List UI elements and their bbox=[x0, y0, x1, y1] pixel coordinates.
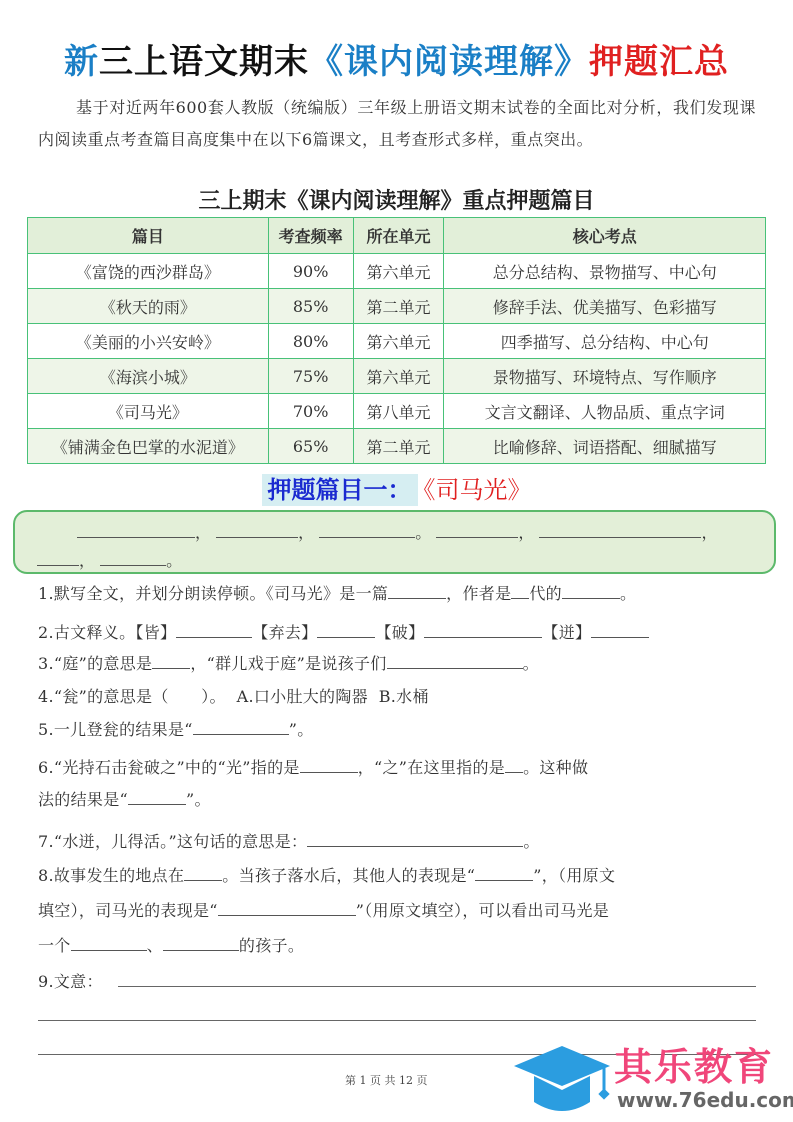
q8-text: 8.故事发生的地点在 bbox=[38, 866, 184, 885]
title-part-topic: 《课内阅读理解》 bbox=[309, 42, 589, 82]
cell-lesson: 《司马光》 bbox=[28, 394, 269, 429]
cell-frequency: 80% bbox=[268, 324, 353, 359]
recite-blank[interactable] bbox=[100, 551, 166, 566]
answer-blank[interactable] bbox=[562, 584, 620, 599]
cell-frequency: 75% bbox=[268, 359, 353, 394]
q4-option-b[interactable]: B.水桶 bbox=[379, 687, 429, 706]
q6-text: ，“之”在这里指的是 bbox=[358, 758, 505, 777]
cell-unit: 第二单元 bbox=[353, 429, 444, 464]
answer-blank[interactable] bbox=[176, 623, 252, 638]
punct: 。 bbox=[166, 551, 182, 570]
section-lesson-title: 《司马光》 bbox=[418, 476, 532, 504]
table-header-row: 篇目 考查频率 所在单元 核心考点 bbox=[28, 218, 766, 254]
recitation-line-1: ， ， 。 ， ， bbox=[77, 520, 717, 543]
cell-key-points: 总分总结构、景物描写、中心句 bbox=[444, 254, 766, 289]
graduation-cap-icon bbox=[512, 1040, 612, 1118]
q6-text: 6.“光持石击瓮破之”中的“光”指的是 bbox=[38, 758, 300, 777]
question-5: 5.一儿登瓮的结果是“”。 bbox=[38, 714, 756, 746]
cell-unit: 第二单元 bbox=[353, 289, 444, 324]
q8-text: ”（用原文填空），可以看出司马光是 bbox=[356, 901, 609, 920]
q3-text: 。 bbox=[523, 654, 539, 673]
cell-unit: 第八单元 bbox=[353, 394, 444, 429]
q6-text: ”。 bbox=[186, 790, 211, 809]
answer-blank[interactable] bbox=[300, 758, 358, 773]
question-2: 2.古文释义。【皆】【弃去】【破】【迸】 bbox=[38, 617, 756, 649]
q8-text: 、 bbox=[147, 936, 163, 955]
section-label: 押题篇目一： bbox=[262, 474, 418, 506]
q9-text: 9.文意： bbox=[38, 972, 103, 991]
q7-text: 7.“水迸，儿得活。”这句话的意思是： bbox=[38, 832, 307, 851]
cell-key-points: 比喻修辞、词语搭配、细腻描写 bbox=[444, 429, 766, 464]
q2-keyword: 【弃去】 bbox=[252, 623, 317, 642]
answer-blank[interactable] bbox=[388, 584, 446, 599]
q2-keyword: 【破】 bbox=[375, 623, 424, 642]
answer-blank[interactable] bbox=[184, 866, 222, 881]
q3-text: ，“群儿戏于庭”是说孩子们 bbox=[190, 654, 386, 673]
recite-blank[interactable] bbox=[77, 523, 195, 538]
answer-blank[interactable] bbox=[71, 936, 147, 951]
punct: 。 bbox=[415, 523, 431, 542]
watermark-logo: 其乐教育 www.76edu.com bbox=[512, 1040, 782, 1118]
title-part-grade: 三上语文期末 bbox=[99, 42, 309, 82]
cell-key-points: 景物描写、环境特点、写作顺序 bbox=[444, 359, 766, 394]
q8-text: ”，（用原文 bbox=[533, 866, 615, 885]
answer-line[interactable] bbox=[38, 1020, 756, 1021]
punct: ， bbox=[195, 523, 211, 542]
cell-lesson: 《富饶的西沙群岛》 bbox=[28, 254, 269, 289]
punct: ， bbox=[298, 523, 314, 542]
cell-lesson: 《铺满金色巴掌的水泥道》 bbox=[28, 429, 269, 464]
q2-text: 2.古文释义。 bbox=[38, 623, 135, 642]
q8-text: 一个 bbox=[38, 936, 71, 955]
page-title: 新三上语文期末《课内阅读理解》押题汇总 bbox=[0, 40, 793, 84]
recite-blank[interactable] bbox=[319, 523, 415, 538]
watermark-brand: 其乐教育 bbox=[614, 1036, 774, 1091]
cell-lesson: 《秋天的雨》 bbox=[28, 289, 269, 324]
question-1: 1.默写全文，并划分朗读停顿。《司马光》是一篇，作者是代的。 bbox=[38, 578, 756, 610]
cell-frequency: 70% bbox=[268, 394, 353, 429]
answer-blank[interactable] bbox=[317, 623, 375, 638]
q4-option-a[interactable]: A.口小肚大的陶器 bbox=[237, 687, 368, 706]
table-row: 《秋天的雨》 85% 第二单元 修辞手法、优美描写、色彩描写 bbox=[28, 289, 766, 324]
q3-text: 3.“庭”的意思是 bbox=[38, 654, 152, 673]
recite-blank[interactable] bbox=[216, 523, 298, 538]
answer-blank[interactable] bbox=[387, 654, 523, 669]
answer-blank[interactable] bbox=[163, 936, 239, 951]
answer-blank[interactable] bbox=[424, 623, 542, 638]
q8-text: 。当孩子落水后，其他人的表现是“ bbox=[222, 866, 475, 885]
table-row: 《富饶的西沙群岛》 90% 第六单元 总分总结构、景物描写、中心句 bbox=[28, 254, 766, 289]
header-unit: 所在单元 bbox=[353, 218, 444, 254]
q2-keyword: 【皆】 bbox=[135, 623, 176, 642]
answer-blank[interactable] bbox=[193, 720, 289, 735]
q1-text: 代的 bbox=[529, 584, 562, 603]
punct: ， bbox=[79, 551, 95, 570]
recite-blank[interactable] bbox=[436, 523, 518, 538]
q8-text: 填空），司马光的表现是“ bbox=[38, 901, 218, 920]
question-6: 6.“光持石击瓮破之”中的“光”指的是，“之”在这里指的是。这种做 法的结果是“… bbox=[38, 752, 756, 816]
recitation-line-2: ， 。 bbox=[37, 548, 182, 571]
q5-text: ”。 bbox=[289, 720, 314, 739]
cell-key-points: 文言文翻译、人物品质、重点字词 bbox=[444, 394, 766, 429]
header-lesson: 篇目 bbox=[28, 218, 269, 254]
answer-blank[interactable] bbox=[218, 901, 356, 916]
title-part-summary: 押题汇总 bbox=[589, 42, 729, 82]
q6-text: 法的结果是“ bbox=[38, 790, 128, 809]
question-4: 4.“瓮”的意思是（ ）。 A.口小肚大的陶器 B.水桶 bbox=[38, 681, 756, 713]
watermark-url: www.76edu.com bbox=[617, 1088, 793, 1112]
header-frequency: 考查频率 bbox=[268, 218, 353, 254]
question-7: 7.“水迸，儿得活。”这句话的意思是：。 bbox=[38, 826, 756, 858]
punct: ， bbox=[701, 523, 717, 542]
cell-key-points: 四季描写、总分结构、中心句 bbox=[444, 324, 766, 359]
q1-text: 1.默写全文，并划分朗读停顿。《司马光》是一篇 bbox=[38, 584, 388, 603]
answer-line[interactable] bbox=[118, 986, 756, 987]
question-9: 9.文意： bbox=[38, 966, 756, 998]
q7-text: 。 bbox=[523, 832, 539, 851]
table-row: 《海滨小城》 75% 第六单元 景物描写、环境特点、写作顺序 bbox=[28, 359, 766, 394]
q6-text: 。这种做 bbox=[523, 758, 588, 777]
table-row: 《美丽的小兴安岭》 80% 第六单元 四季描写、总分结构、中心句 bbox=[28, 324, 766, 359]
cell-key-points: 修辞手法、优美描写、色彩描写 bbox=[444, 289, 766, 324]
cell-unit: 第六单元 bbox=[353, 254, 444, 289]
answer-blank[interactable] bbox=[591, 623, 649, 638]
title-part-new: 新 bbox=[64, 42, 99, 82]
question-8: 8.故事发生的地点在。当孩子落水后，其他人的表现是“”，（用原文 填空），司马光… bbox=[38, 858, 756, 963]
recite-blank[interactable] bbox=[539, 523, 701, 538]
key-lessons-table: 篇目 考查频率 所在单元 核心考点 《富饶的西沙群岛》 90% 第六单元 总分总… bbox=[27, 217, 766, 464]
q4-text: 4.“瓮”的意思是（ ）。 bbox=[38, 687, 226, 706]
table-title: 三上期末《课内阅读理解》重点押题篇目 bbox=[0, 184, 793, 215]
answer-blank[interactable] bbox=[307, 832, 523, 847]
answer-blank[interactable] bbox=[511, 584, 529, 599]
cell-unit: 第六单元 bbox=[353, 324, 444, 359]
cell-frequency: 85% bbox=[268, 289, 353, 324]
q1-text: 。 bbox=[620, 584, 636, 603]
recite-blank[interactable] bbox=[37, 551, 79, 566]
cell-lesson: 《美丽的小兴安岭》 bbox=[28, 324, 269, 359]
q2-keyword: 【迸】 bbox=[542, 623, 591, 642]
section-heading: 押题篇目一：《司马光》 bbox=[0, 470, 793, 505]
cell-unit: 第六单元 bbox=[353, 359, 444, 394]
header-key-points: 核心考点 bbox=[444, 218, 766, 254]
cell-lesson: 《海滨小城》 bbox=[28, 359, 269, 394]
cell-frequency: 90% bbox=[268, 254, 353, 289]
question-3: 3.“庭”的意思是，“群儿戏于庭”是说孩子们。 bbox=[38, 648, 756, 680]
table-row: 《司马光》 70% 第八单元 文言文翻译、人物品质、重点字词 bbox=[28, 394, 766, 429]
q5-text: 5.一儿登瓮的结果是“ bbox=[38, 720, 193, 739]
q8-text: 的孩子。 bbox=[239, 936, 304, 955]
answer-blank[interactable] bbox=[152, 654, 190, 669]
table-row: 《铺满金色巴掌的水泥道》 65% 第二单元 比喻修辞、词语搭配、细腻描写 bbox=[28, 429, 766, 464]
q1-text: ，作者是 bbox=[446, 584, 511, 603]
answer-blank[interactable] bbox=[128, 790, 186, 805]
intro-paragraph: 基于对近两年600套人教版（统编版）三年级上册语文期末试卷的全面比对分析，我们发… bbox=[38, 92, 756, 156]
cell-frequency: 65% bbox=[268, 429, 353, 464]
recitation-box: ， ， 。 ， ， ， 。 bbox=[13, 510, 776, 574]
page-number: 第 1 页 共 12 页 bbox=[345, 1072, 427, 1088]
punct: ， bbox=[518, 523, 534, 542]
answer-blank[interactable] bbox=[505, 758, 523, 773]
answer-blank[interactable] bbox=[475, 866, 533, 881]
